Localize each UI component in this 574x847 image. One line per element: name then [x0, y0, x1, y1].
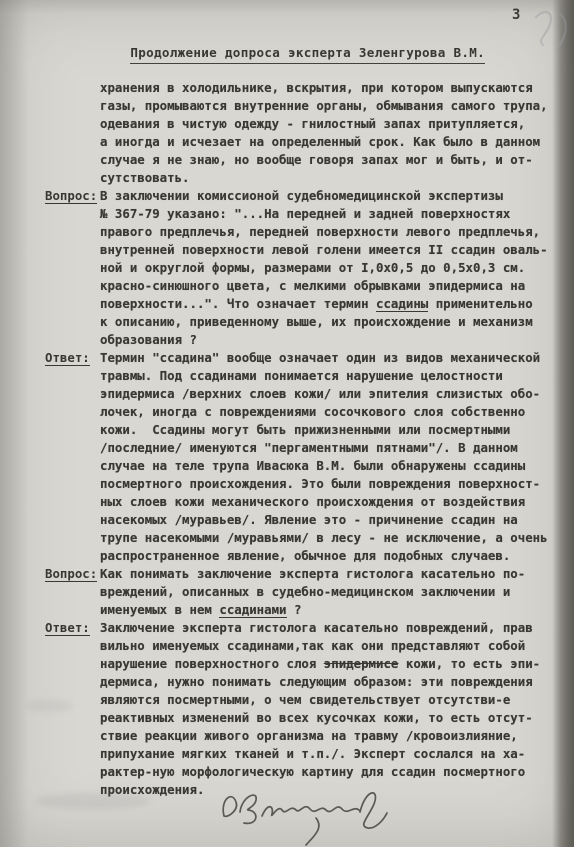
qa-label-text: Вопрос: [45, 566, 97, 582]
faint-stamp-smudge [36, 793, 151, 809]
text-line: сутствовать. [100, 169, 558, 187]
qa-label-text: Ответ: [45, 620, 90, 636]
text-line: Термин "ссадина" вообще означает один из… [100, 349, 558, 367]
qa-block: Ответ:Термин "ссадина" вообще означает о… [0, 349, 558, 565]
qa-label-text: Вопрос: [45, 188, 97, 204]
qa-lines: В заключении комиссионой судебномедицинс… [100, 187, 558, 349]
handwritten-mark [527, 6, 571, 56]
page-number: 3 [512, 7, 520, 23]
qa-lines: Заключение эксперта гистолога касательно… [100, 619, 558, 799]
text-line: дермиса, нужно понимать следующим образо… [100, 673, 558, 691]
text-line: В заключении комиссионой судебномедицинс… [100, 187, 558, 205]
text-line: посмертного происхождения. Это были повр… [100, 475, 558, 493]
scanned-document-page: 3 Продолжение допроса эксперта Зеленгуро… [0, 0, 574, 847]
text-line: ных слоев кожи механического происхожден… [100, 493, 558, 511]
text-line: распространенное явление, обычное для по… [100, 547, 558, 565]
text-line: эпидермиса /верхних слоев кожи/ или эпит… [100, 385, 558, 403]
page-title: Продолжение допроса эксперта Зеленгурова… [100, 30, 485, 75]
qa-label: Ответ: [0, 349, 100, 565]
text-line: припухание мягких тканей и т.п./. Экспер… [100, 745, 558, 763]
text-line: кожи. Ссадины могут быть прижизненными и… [100, 421, 558, 439]
text-line: правого предплечья, передней поверхности… [100, 223, 558, 241]
faint-margin-smudge [26, 700, 72, 712]
text-line: вреждений, описанных в судебно-медицинск… [100, 583, 558, 601]
qa-block: Ответ:Заключение эксперта гистолога каса… [0, 619, 558, 799]
text-line: именуемых в нем ссадинами ? [100, 601, 558, 619]
text-line: ствие реакции живого организма на травму… [100, 727, 558, 745]
signature-zelengurov [212, 776, 412, 847]
text-line: являются посмертными, о чем свидетельств… [100, 691, 558, 709]
qa-label: Вопрос: [0, 187, 100, 349]
text-line: трупе насекомыми /муравьями/ в лесу - не… [100, 529, 558, 547]
text-line: к описанию, приведенному выше, их происх… [100, 313, 558, 331]
paragraph-block: хранения в холодильнике, вскрытия, при к… [0, 79, 558, 187]
scan-shadow-top [0, 0, 574, 14]
qa-label-text: Ответ: [45, 350, 90, 366]
text-line: образования ? [100, 331, 558, 349]
text-line: внутренней поверхности левой голени имее… [100, 241, 558, 259]
text-line: нарушение поверхностного слоя эпидермисе… [100, 655, 558, 673]
qa-lines: хранения в холодильнике, вскрытия, при к… [100, 79, 558, 187]
qa-lines: Термин "ссадина" вообще означает один из… [100, 349, 558, 565]
qa-lines: Как понимать заключение эксперта гистоло… [100, 565, 558, 619]
text-line: одевания в чистую одежду - гнилостный за… [100, 115, 558, 133]
text-line: лочек, иногда с повреждениями сосочковог… [100, 403, 558, 421]
text-line: поверхности...". Что означает термин сса… [100, 295, 558, 313]
qa-label [0, 79, 100, 187]
qa-block: Вопрос:В заключении комиссионой судебном… [0, 187, 558, 349]
text-line: /последние/ именуются "пергаментными пят… [100, 439, 558, 457]
text-line: а иногда и исчезает на определенный срок… [100, 133, 558, 151]
struck-out-word: эпидермисе [324, 656, 399, 671]
text-line: красно-синюшного цвета, с мелкими обрывк… [100, 277, 558, 295]
underlined-term: ссадинами [219, 602, 286, 618]
qa-body: хранения в холодильнике, вскрытия, при к… [0, 79, 558, 799]
text-line: случае я не знаю, но вообще говоря запах… [100, 151, 558, 169]
qa-label: Вопрос: [0, 565, 100, 619]
text-line: насекомых /муравьев/. Явление это - прич… [100, 511, 558, 529]
text-line: реактивных изменений во всех кусочках ко… [100, 709, 558, 727]
underlined-term: ссадины [376, 296, 428, 312]
qa-block: Вопрос:Как понимать заключение эксперта … [0, 565, 558, 619]
page-title-text: Продолжение допроса эксперта Зеленгурова… [130, 45, 485, 64]
text-line: хранения в холодильнике, вскрытия, при к… [100, 79, 558, 97]
text-line: газы, промываются внутренние органы, обм… [100, 97, 558, 115]
text-line: Заключение эксперта гистолога касательно… [100, 619, 558, 637]
text-line: ной и округлой формы, размерами от I,0х0… [100, 259, 558, 277]
text-line: Как понимать заключение эксперта гистоло… [100, 565, 558, 583]
text-line: травмы. Под ссадинами понимается нарушен… [100, 367, 558, 385]
text-line: № 367-79 указано: "...На передней и задн… [100, 205, 558, 223]
text-line: вильно именуемых ссадинами,так как они п… [100, 637, 558, 655]
text-line: случае на теле трупа Ивасюка В.М. были о… [100, 457, 558, 475]
